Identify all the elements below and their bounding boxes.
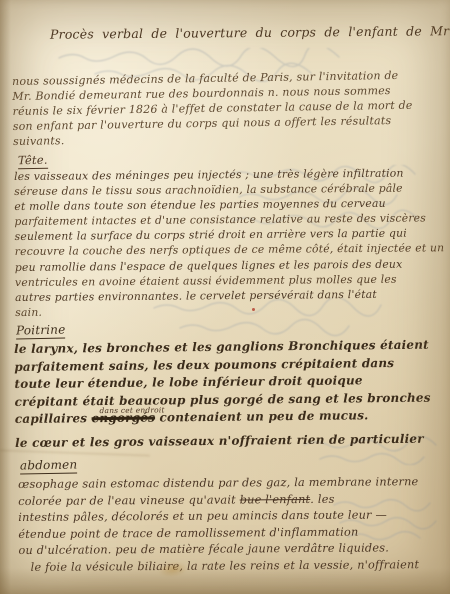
edit-text-after: . les [310, 492, 334, 505]
paper-edge-shadow-left [0, 0, 11, 594]
paragraph-line-with-correction: capillaires dans cet endroitengorgés con… [15, 406, 449, 428]
poitrine-paragraph: le larynx, les bronches et les ganglions… [14, 336, 449, 452]
interline-insertion: dans cet endroit [99, 401, 164, 419]
edit-text-before: capillaires [15, 411, 92, 426]
edit-text-before: colorée par de l'eau vineuse qu'avait [18, 493, 240, 508]
abdomen-paragraph: œsophage sain estomac distendu par des g… [18, 474, 449, 576]
section-heading-poitrine: Poitrine [16, 322, 66, 339]
paragraph-line: œsophage sain estomac distendu par des g… [18, 474, 448, 494]
paper-edge-shadow-bottom [0, 568, 450, 594]
paragraph-line: intestins pâles, décolorés et un peu ami… [18, 507, 448, 527]
intro-paragraph: nous soussignés médecins de la faculté d… [12, 67, 447, 149]
manuscript-photo: Procès verbal de l'ouverture du corps de… [0, 0, 450, 594]
strikethrough-word: dans cet endroitengorgés [92, 410, 156, 428]
tete-paragraph: les vaisseaux des méninges peu injectés … [14, 165, 449, 320]
edit-text-after: contenaient un peu de mucus. [155, 408, 369, 424]
section-heading-tete: Tête. [18, 153, 48, 170]
struck-words: bue l'enfant [240, 492, 311, 505]
section-heading-abdomen: abdomen [20, 458, 78, 475]
red-ink-speck [252, 308, 255, 311]
